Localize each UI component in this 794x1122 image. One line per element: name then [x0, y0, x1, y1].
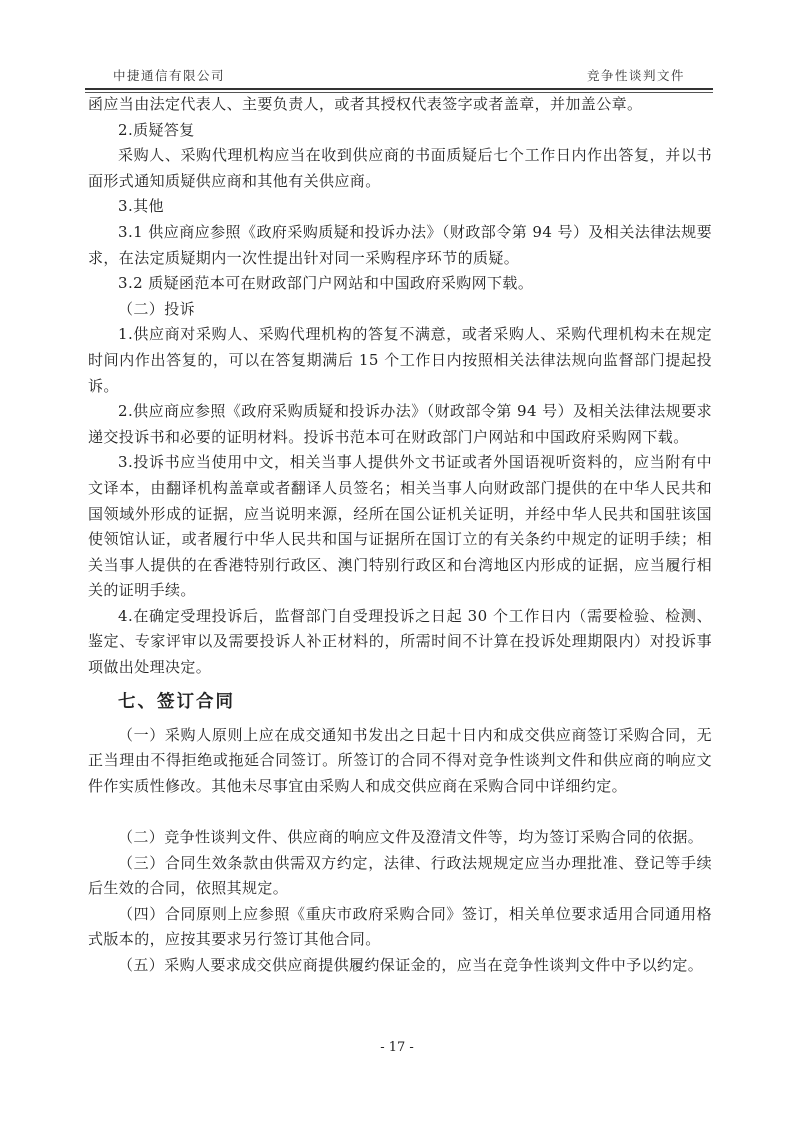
paragraph: 2.供应商应参照《政府采购质疑和投诉办法》（财政部令第 94 号）及相关法律法规…: [88, 399, 712, 450]
header-document-title: 竞争性谈判文件: [587, 66, 685, 84]
paragraph: 采购人、采购代理机构应当在收到供应商的书面质疑后七个工作日内作出答复，并以书面形…: [88, 143, 712, 194]
header-company-name: 中捷通信有限公司: [113, 66, 225, 84]
document-page: 中捷通信有限公司 竞争性谈判文件 函应当由法定代表人、主要负责人，或者其授权代表…: [0, 0, 794, 1122]
paragraph: 1.供应商对采购人、采购代理机构的答复不满意，或者采购人、采购代理机构未在规定时…: [88, 322, 712, 399]
subheading-other: 3.其他: [88, 194, 712, 220]
page-header: 中捷通信有限公司 竞争性谈判文件: [85, 66, 713, 86]
paragraph: 4.在确定受理投诉后，监督部门自受理投诉之日起 30 个工作日内（需要检验、检测…: [88, 604, 712, 681]
page-number: - 17 -: [0, 1040, 794, 1055]
section-paragraph: （一）采购人原则上应在成交通知书发出之日起十日内和成交供应商签订采购合同，无正当…: [88, 723, 712, 800]
section-paragraph: （二）竞争性谈判文件、供应商的响应文件及澄清文件等，均为签订采购合同的依据。: [88, 825, 712, 851]
section-paragraph: （五）采购人要求成交供应商提供履约保证金的，应当在竞争性谈判文件中予以约定。: [88, 953, 712, 979]
subheading-complaint: （二）投诉: [88, 297, 712, 323]
paragraph: 3.2 质疑函范本可在财政部门户网站和中国政府采购网下载。: [88, 271, 712, 297]
blank-line: [88, 799, 712, 825]
section-paragraph: （三）合同生效条款由供需双方约定，法律、行政法规规定应当办理批准、登记等手续后生…: [88, 851, 712, 902]
section-heading: 七、签订合同: [118, 687, 712, 717]
document-body: 函应当由法定代表人、主要负责人，或者其授权代表签字或者盖章，并加盖公章。 2.质…: [88, 92, 712, 979]
section-paragraph: （四）合同原则上应参照《重庆市政府采购合同》签订，相关单位要求适用合同通用格式版…: [88, 902, 712, 953]
subheading-question-reply: 2.质疑答复: [88, 118, 712, 144]
paragraph-continuation: 函应当由法定代表人、主要负责人，或者其授权代表签字或者盖章，并加盖公章。: [88, 92, 712, 118]
header-rule-thick: [85, 88, 713, 90]
paragraph: 3.1 供应商应参照《政府采购质疑和投诉办法》（财政部令第 94 号）及相关法律…: [88, 220, 712, 271]
paragraph: 3.投诉书应当使用中文，相关当事人提供外文书证或者外国语视听资料的，应当附有中文…: [88, 450, 712, 604]
